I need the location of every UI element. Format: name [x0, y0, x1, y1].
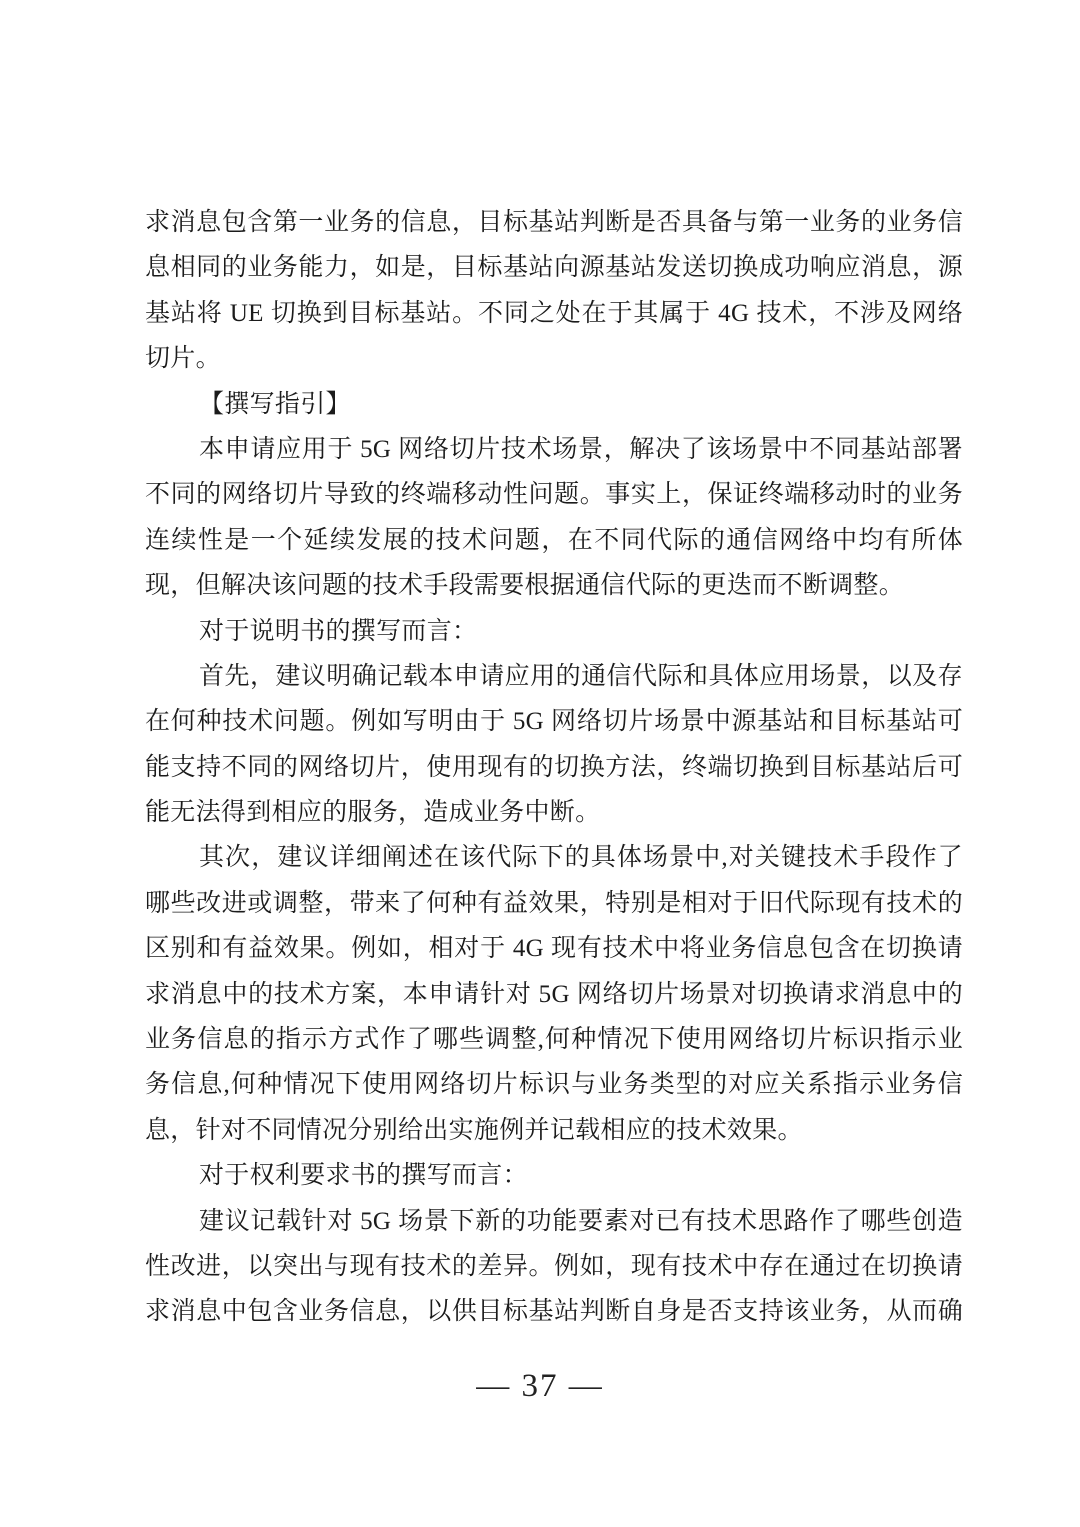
- text-line: 【撰写指引】: [145, 382, 963, 427]
- text-line: 对于说明书的撰写而言：: [145, 609, 963, 654]
- text-line: 能支持不同的网络切片，使用现有的切换方法，终端切换到目标基站后可: [145, 745, 963, 790]
- text-line: 求消息包含第一业务的信息，目标基站判断是否具备与第一业务的业务信: [145, 200, 963, 245]
- text-line: 现，但解决该问题的技术手段需要根据通信代际的更迭而不断调整。: [145, 563, 963, 608]
- text-line: 不同的网络切片导致的终端移动性问题。事实上，保证终端移动时的业务: [145, 472, 963, 517]
- text-line: 首先，建议明确记载本申请应用的通信代际和具体应用场景，以及存: [145, 654, 963, 699]
- text-line: 息相同的业务能力，如是，目标基站向源基站发送切换成功响应消息，源: [145, 245, 963, 290]
- text-line: 业务信息的指示方式作了哪些调整,何种情况下使用网络切片标识指示业: [145, 1017, 963, 1062]
- document-body: 求消息包含第一业务的信息，目标基站判断是否具备与第一业务的业务信息相同的业务能力…: [145, 200, 963, 1335]
- text-line: 连续性是一个延续发展的技术问题，在不同代际的通信网络中均有所体: [145, 518, 963, 563]
- text-line: 基站将 UE 切换到目标基站。不同之处在于其属于 4G 技术，不涉及网络: [145, 291, 963, 336]
- text-line: 性改进，以突出与现有技术的差异。例如，现有技术中存在通过在切换请: [145, 1244, 963, 1289]
- text-line: 对于权利要求书的撰写而言：: [145, 1153, 963, 1198]
- text-line: 在何种技术问题。例如写明由于 5G 网络切片场景中源基站和目标基站可: [145, 699, 963, 744]
- text-line: 区别和有益效果。例如，相对于 4G 现有技术中将业务信息包含在切换请: [145, 926, 963, 971]
- text-line: 求消息中的技术方案，本申请针对 5G 网络切片场景对切换请求消息中的: [145, 972, 963, 1017]
- text-line: 求消息中包含业务信息，以供目标基站判断自身是否支持该业务，从而确: [145, 1289, 963, 1334]
- text-line: 建议记载针对 5G 场景下新的功能要素对已有技术思路作了哪些创造: [145, 1199, 963, 1244]
- document-page: 求消息包含第一业务的信息，目标基站判断是否具备与第一业务的业务信息相同的业务能力…: [0, 0, 1080, 1527]
- text-line: 息，针对不同情况分别给出实施例并记载相应的技术效果。: [145, 1108, 963, 1153]
- text-line: 哪些改进或调整，带来了何种有益效果，特别是相对于旧代际现有技术的: [145, 881, 963, 926]
- text-line: 本申请应用于 5G 网络切片技术场景，解决了该场景中不同基站部署: [145, 427, 963, 472]
- text-line: 其次，建议详细阐述在该代际下的具体场景中,对关键技术手段作了: [145, 835, 963, 880]
- text-line: 务信息,何种情况下使用网络切片标识与业务类型的对应关系指示业务信: [145, 1062, 963, 1107]
- text-line: 切片。: [145, 336, 963, 381]
- page-number: — 37 —: [0, 1364, 1080, 1408]
- text-line: 能无法得到相应的服务，造成业务中断。: [145, 790, 963, 835]
